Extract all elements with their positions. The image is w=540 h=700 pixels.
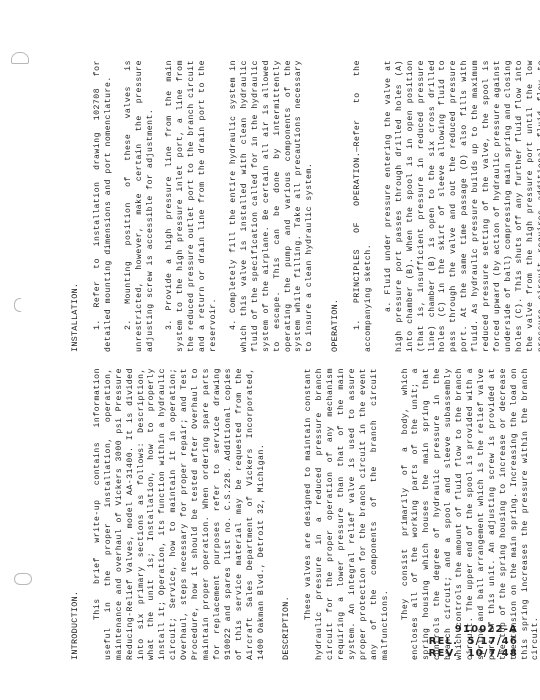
- description-paragraph: They consist primarily of a body, which …: [401, 368, 540, 660]
- installation-step: 4. Completely fill the entire hydraulic …: [229, 60, 316, 352]
- introduction-heading: INTRODUCTION.: [70, 368, 81, 660]
- installation-step: 2. Mounting position of these valves is …: [124, 60, 157, 352]
- installation-step: 1. Refer to installation drawing 102708 …: [93, 60, 115, 352]
- introduction-section: INTRODUCTION. This brief write-up contai…: [70, 368, 267, 660]
- document-revision-stamp: 910022-A REL. 5/17/46 REV. 10/7/48: [429, 624, 518, 660]
- rotated-document-page: INTRODUCTION. This brief write-up contai…: [70, 60, 540, 660]
- binder-hole-mark: [14, 573, 32, 585]
- installation-section: INSTALLATION. 1. Refer to installation d…: [70, 60, 316, 352]
- operation-paragraph: 1. PRINCIPLES OF OPERATION.—Refer to the…: [353, 60, 375, 352]
- operation-section: OPERATION. 1. PRINCIPLES OF OPERATION.—R…: [330, 60, 540, 352]
- installation-step: 3. Provide a high pressure line from the…: [165, 60, 220, 352]
- right-column: INSTALLATION. 1. Refer to installation d…: [70, 60, 540, 352]
- description-section: DESCRIPTION. These valves are designed t…: [281, 368, 540, 660]
- description-paragraph: These valves are designed to maintain co…: [304, 368, 391, 660]
- binder-hole-mark: [14, 298, 21, 312]
- introduction-paragraph: This brief write-up contains information…: [93, 368, 268, 660]
- left-column: INTRODUCTION. This brief write-up contai…: [70, 368, 540, 660]
- operation-heading: OPERATION.: [330, 60, 341, 352]
- operation-paragraph: a. Fluid under pressure entering the val…: [384, 60, 540, 352]
- installation-heading: INSTALLATION.: [70, 60, 81, 352]
- binder-hole-mark: [11, 52, 29, 64]
- description-heading: DESCRIPTION.: [281, 368, 292, 660]
- document-number: 910022-A: [429, 624, 518, 636]
- revision-date: REV. 10/7/48: [429, 648, 518, 660]
- release-date: REL. 5/17/46: [429, 636, 518, 648]
